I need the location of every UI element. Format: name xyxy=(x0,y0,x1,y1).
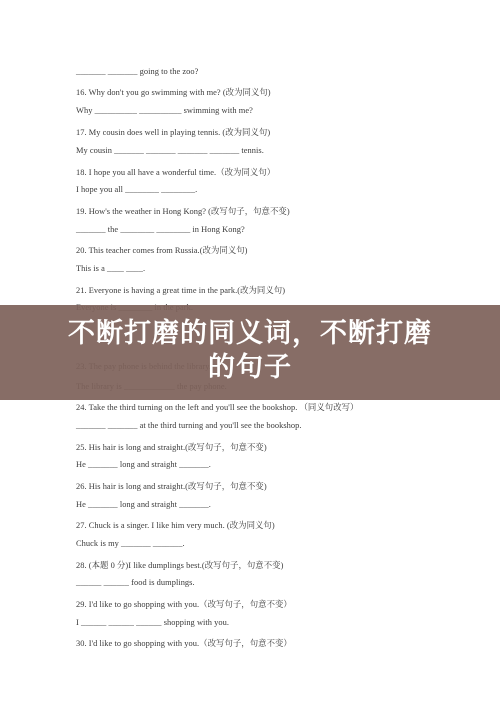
question-20: 20. This teacher comes from Russia.(改为同义… xyxy=(76,244,248,256)
answer-26: He _______ long and straight _______. xyxy=(76,500,211,509)
question-24: 24. Take the third turning on the left a… xyxy=(76,401,358,413)
question-17: 17. My cousin does well in playing tenni… xyxy=(76,126,270,138)
banner-title: 不断打磨的同义词，不断打磨 的句子 xyxy=(0,317,500,385)
answer-18: I hope you all ________ ________. xyxy=(76,185,197,194)
banner-title-line-1: 不断打磨的同义词，不断打磨 xyxy=(0,317,500,351)
answer-19: _______ the ________ ________ in Hong Ko… xyxy=(76,225,245,234)
question-19: 19. How's the weather in Hong Kong? (改写句… xyxy=(76,205,290,217)
answer-27: Chuck is my _______ _______. xyxy=(76,539,185,548)
question-18: 18. I hope you all have a wonderful time… xyxy=(76,166,275,178)
answer-28: ______ ______ food is dumplings. xyxy=(76,578,195,587)
question-30: 30. I'd like to go shopping with you.（改写… xyxy=(76,637,292,649)
answer-29: I ______ ______ ______ shopping with you… xyxy=(76,618,229,627)
question-25: 25. His hair is long and straight.(改写句子，… xyxy=(76,441,267,453)
question-28: 28. (本题 0 分)I like dumplings best.(改写句子，… xyxy=(76,559,283,571)
question-16: 16. Why don't you go swimming with me? (… xyxy=(76,86,271,98)
answer-25: He _______ long and straight _______. xyxy=(76,460,211,469)
banner-title-line-2: 的句子 xyxy=(0,351,500,385)
answer-16: Why __________ __________ swimming with … xyxy=(76,106,253,115)
question-27: 27. Chuck is a singer. I like him very m… xyxy=(76,519,275,531)
question-21: 21. Everyone is having a great time in t… xyxy=(76,284,285,296)
question-26: 26. His hair is long and straight.(改写句子，… xyxy=(76,480,267,492)
worksheet-line: _______ _______ going to the zoo? xyxy=(76,67,198,76)
answer-24: _______ _______ at the third turning and… xyxy=(76,421,302,430)
answer-20: This is a ____ ____. xyxy=(76,264,145,273)
question-29: 29. I'd like to go shopping with you.（改写… xyxy=(76,598,292,610)
answer-17: My cousin _______ _______ _______ ______… xyxy=(76,146,264,155)
